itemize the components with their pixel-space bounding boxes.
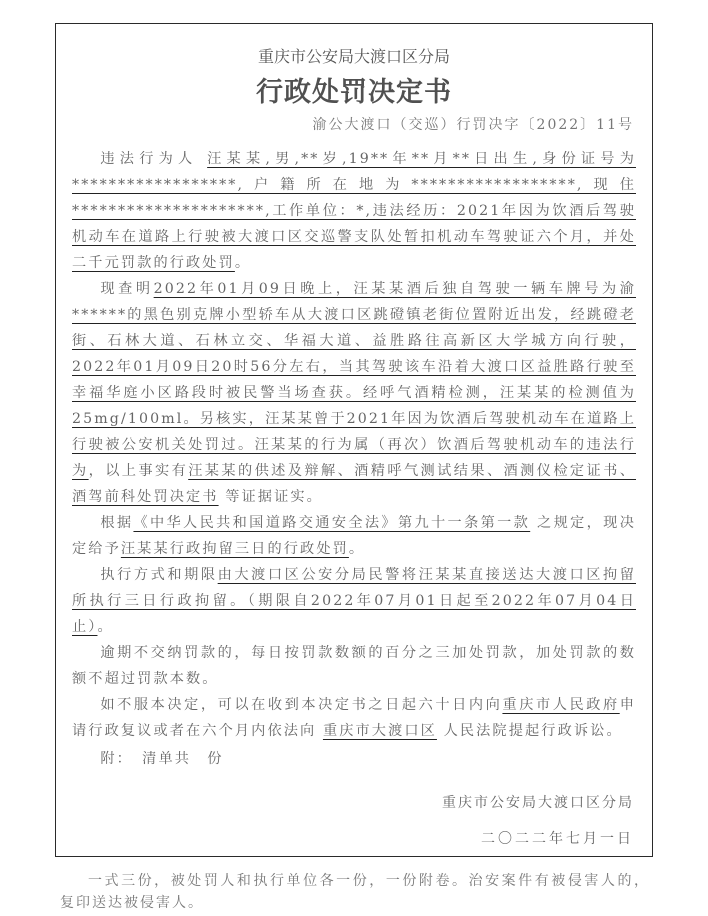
facts-details: 2022年01月09日晚上，汪某某酒后独自驾驶一辆车牌号为渝******的黑色别…: [72, 281, 636, 479]
appeal-court-district: 重庆市大渡口区: [323, 723, 437, 739]
document-body: 违法行为人 汪某某,男,**岁,19**年**月**日出生,身份证号为*****…: [72, 146, 636, 772]
facts-label: 现查明: [100, 281, 153, 297]
appeal-government: 重庆市人民政府: [502, 697, 619, 713]
appeal-paragraph: 如不服本决定，可以在收到本决定书之日起六十日内向重庆市人民政府申请行政复议或者在…: [72, 692, 636, 744]
signature-date: 二〇二二年七月一日: [481, 828, 634, 848]
document-number: 渝公大渡口（交巡）行罚决字〔2022〕11号: [313, 114, 634, 134]
overdue-paragraph: 逾期不交纳罚款的，每日按罚款数额的百分之三加处罚款，加处罚款的数额不超过罚款本数…: [72, 640, 636, 692]
document-frame: 重庆市公安局大渡口区分局 行政处罚决定书 渝公大渡口（交巡）行罚决字〔2022〕…: [55, 23, 653, 857]
offender-paragraph: 违法行为人 汪某某,男,**岁,19**年**月**日出生,身份证号为*****…: [72, 146, 636, 276]
punctuation: 。: [235, 255, 251, 271]
document-title: 行政处罚决定书: [56, 70, 652, 109]
penalty-decision: 汪某某行政拘留三日的行政处罚: [121, 541, 349, 557]
footer-note: 一式三份，被处罚人和执行单位各一份，一份附卷。治安案件有被侵害人的， 复印送达被…: [60, 870, 650, 914]
signature-organization: 重庆市公安局大渡口区分局: [442, 792, 634, 812]
appeal-suffix: 人民法院提起行政诉讼。: [437, 723, 623, 739]
appeal-prefix: 如不服本决定，可以在收到本决定书之日起六十日内向: [100, 697, 502, 713]
punctuation: 。: [349, 541, 365, 557]
evidence-prefix: ，以上事实有: [89, 463, 189, 479]
issuing-organization: 重庆市公安局大渡口区分局: [56, 44, 652, 67]
offender-details: 汪某某,男,**岁,19**年**月**日出生,身份证号为***********…: [72, 151, 636, 271]
evidence-suffix: 等证据证实。: [219, 489, 323, 505]
offender-label: 违法行为人: [100, 151, 197, 167]
basis-paragraph: 根据《中华人民共和国道路交通安全法》第九十一条第一款 之规定，现决定给予汪某某行…: [72, 510, 636, 562]
attachment-line: 附： 清单共 份: [72, 746, 636, 772]
punctuation: 。: [97, 619, 113, 635]
basis-prefix: 根据: [100, 515, 133, 531]
execution-label: 执行方式和期限: [100, 567, 217, 583]
facts-paragraph: 现查明2022年01月09日晚上，汪某某酒后独自驾驶一辆车牌号为渝******的…: [72, 276, 636, 510]
legal-basis: 《中华人民共和国道路交通安全法》第九十一条第一款: [133, 515, 530, 531]
execution-paragraph: 执行方式和期限由大渡口区公安分局民警将汪某某直接送达大渡口区拘留所执行三日行政拘…: [72, 562, 636, 640]
